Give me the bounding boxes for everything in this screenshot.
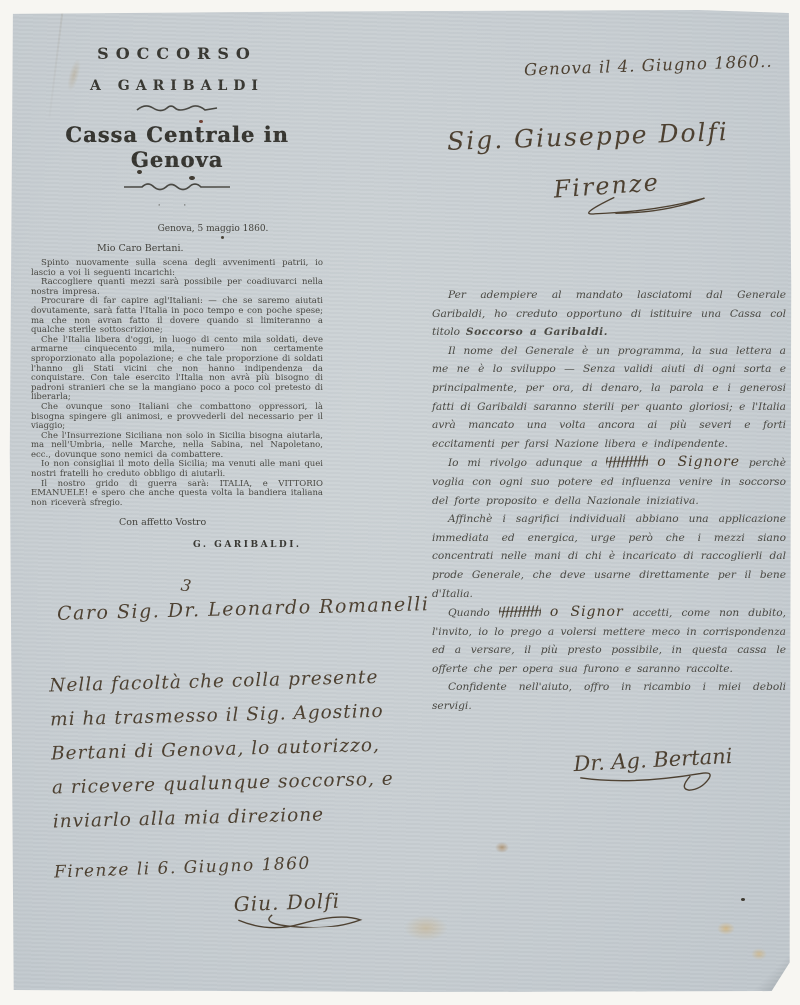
body-paragraph: Che ovunque sono Italiani che combattono… bbox=[31, 403, 323, 432]
hw-insertion: o Signor bbox=[550, 604, 624, 620]
printed-paragraph: Confidente nell'aiuto, offro in ricambio… bbox=[432, 678, 786, 715]
garibaldi-signature: G. GARIBALDI. bbox=[31, 540, 323, 550]
masthead-title: SOCCORSO bbox=[31, 44, 323, 63]
foxing-stain bbox=[404, 915, 448, 941]
ink-speck bbox=[741, 898, 745, 901]
body-paragraph: Il nostro grido di guerra sarà: ITALIA, … bbox=[31, 480, 323, 509]
hw-note-number: 3 bbox=[180, 575, 193, 595]
body-paragraph: Raccogliere quanti mezzi sarà possibile … bbox=[31, 278, 323, 297]
valediction: Con affetto Vostro bbox=[31, 517, 323, 528]
organization-name: Cassa Centrale in Genova bbox=[31, 122, 323, 172]
foxing-stain bbox=[717, 922, 735, 935]
printed-paragraph: Per adempiere al mandato lasciatomi dal … bbox=[432, 286, 786, 342]
letter-paper: SOCCORSO A GARIBALDI Cassa Centrale in G… bbox=[9, 10, 792, 993]
printed-paragraph: Affinchè i sagrifici individuali abbiano… bbox=[432, 510, 786, 603]
bertani-signature: Dr. Ag. Bertani bbox=[573, 744, 734, 798]
body-paragraph: Procurare di far capire agl'Italiani: — … bbox=[31, 297, 323, 335]
hw-insertion: o Signore bbox=[657, 454, 740, 470]
struck-out-scribble-icon bbox=[606, 456, 648, 468]
masthead-subtitle: A GARIBALDI bbox=[31, 78, 323, 94]
hw-city: Firenze bbox=[553, 164, 716, 219]
paragraph-text: Io mi rivolgo adunque a bbox=[448, 457, 606, 469]
body-paragraph: Io non consigliai il moto della Sicilia;… bbox=[31, 460, 323, 479]
dots-ornament: · · bbox=[31, 201, 323, 211]
struck-out-scribble-icon bbox=[499, 605, 541, 617]
body-paragraph: Che l'Italia libera d'oggi, in luogo di … bbox=[31, 336, 323, 403]
hw-dateline-right: Genova il 4. Giugno 1860.. bbox=[524, 52, 773, 80]
corner-fold bbox=[752, 957, 792, 993]
printed-paragraph: Quando o Signor accetti, come non dubito… bbox=[432, 603, 786, 678]
paragraph-text: Quando bbox=[448, 607, 499, 619]
hw-addressee-right: Sig. Giuseppe Dolfi bbox=[447, 117, 730, 156]
salutation: Mio Caro Bertani. bbox=[31, 243, 323, 254]
ornament-divider-icon bbox=[31, 181, 323, 193]
letter-body: Spinto nuovamente sulla scena degli avve… bbox=[31, 259, 323, 508]
hw-body-left: Nella facoltà che colla presente mi ha t… bbox=[49, 661, 395, 840]
bold-title-phrase: Soccorso a Garibaldi. bbox=[466, 326, 608, 338]
foxing-stain bbox=[495, 842, 509, 853]
printed-paragraph: Io mi rivolgo adunque a o Signore perchè… bbox=[432, 453, 786, 510]
photo-background: SOCCORSO A GARIBALDI Cassa Centrale in G… bbox=[0, 0, 800, 1005]
printed-dateline: Genova, 5 maggio 1860. bbox=[31, 224, 323, 234]
hw-dateline-left: Firenze li 6. Giugno 1860 bbox=[54, 854, 311, 883]
body-paragraph: Che l'Insurrezione Siciliana non solo in… bbox=[31, 432, 323, 461]
circular-body: Per adempiere al mandato lasciatomi dal … bbox=[432, 286, 786, 716]
dolfi-signature: Giu. Dolfi bbox=[233, 888, 364, 931]
dolfi-signature-text: Giu. Dolfi bbox=[233, 889, 340, 917]
ornament-divider-icon bbox=[31, 103, 323, 115]
body-paragraph: Spinto nuovamente sulla scena degli avve… bbox=[31, 259, 323, 278]
printed-paragraph: Il nome del Generale è un programma, la … bbox=[432, 342, 786, 454]
hw-addressee-left: Caro Sig. Dr. Leonardo Romanelli bbox=[57, 593, 430, 625]
